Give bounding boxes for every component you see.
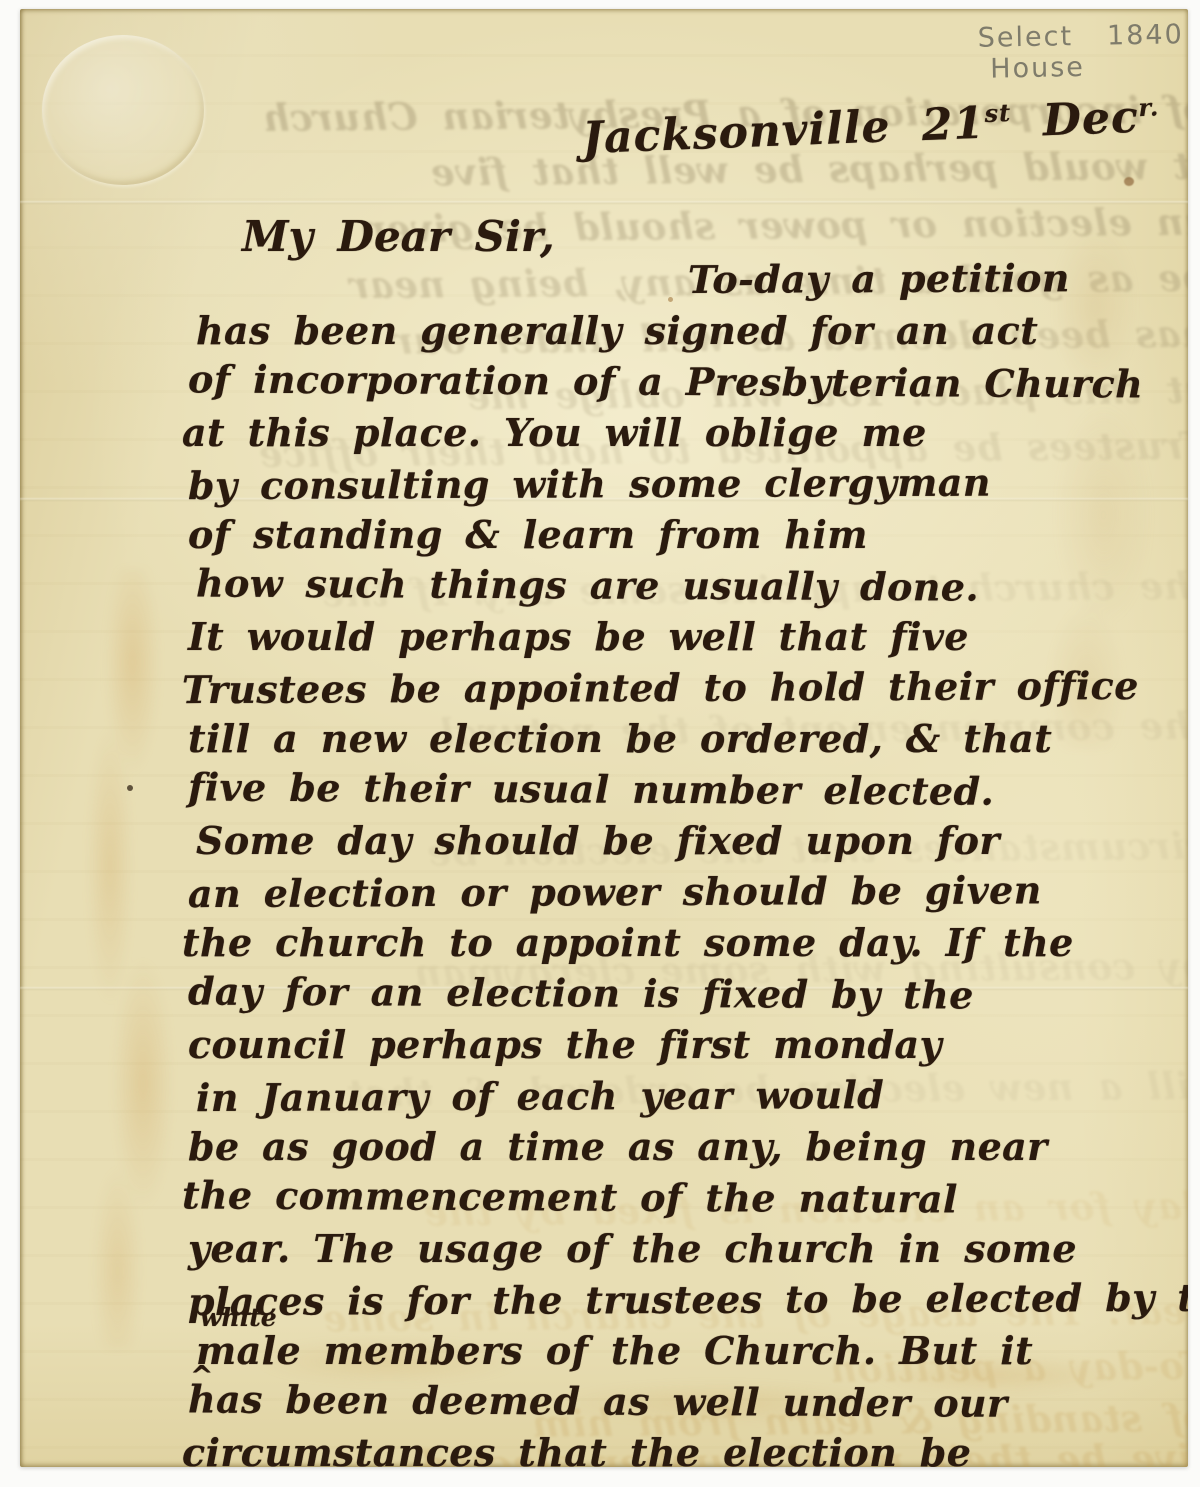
dateline: Jacksonville 21st Decr. 1839: [581, 85, 1188, 164]
manuscript-line: the church to appoint some day. If the: [182, 920, 1168, 971]
pencil-annotation-line2: House: [990, 50, 1185, 84]
manuscript-line: in January of each year would: [196, 1071, 1168, 1126]
letter-page: of incorporation of a Presbyterian Churc…: [20, 9, 1188, 1467]
manuscript-line: has been generally signed for an act: [196, 308, 1168, 359]
manuscript-line: how such things are usually done.: [196, 560, 1168, 616]
manuscript-line: Trustees be appointed to hold their offi…: [182, 663, 1168, 718]
embossed-seal: [42, 35, 204, 185]
ink-speck: [1124, 177, 1134, 186]
manuscript-line: It would perhaps be well that five: [188, 614, 1168, 665]
manuscript-line: Some day should be fixed upon for: [196, 818, 1168, 869]
manuscript-line: To-day a petition: [188, 255, 1168, 310]
manuscript-line: of incorporation of a Presbyterian Churc…: [188, 356, 1168, 412]
manuscript-line: at this place. You will oblige me: [182, 410, 1168, 461]
stain-left: [50, 569, 200, 1349]
salutation: My Dear Sir,: [242, 212, 555, 261]
pencil-word-select: Select: [977, 21, 1073, 54]
manuscript-line: day for an election is fixed by the: [188, 968, 1168, 1024]
letter-body: To-day a petitionhas been generally sign…: [188, 257, 1168, 1467]
ink-speck: [127, 785, 133, 791]
dateline-day-suffix: st: [984, 98, 1012, 128]
pencil-annotation: Select1840 House: [977, 19, 1184, 85]
dateline-day: 21: [921, 98, 986, 151]
manuscript-line: council perhaps the first monday: [188, 1022, 1168, 1073]
bleedthrough-text: an election or power should be given: [20, 200, 1188, 255]
manuscript-line: till a new election be ordered, & that: [188, 716, 1168, 767]
manuscript-line: male members of the Church. But itwhite^: [196, 1328, 1168, 1379]
manuscript-line: by consulting with some clergyman: [188, 459, 1168, 514]
manuscript-line: circumstances that the election be: [182, 1430, 1168, 1467]
manuscript-line: of standing & learn from him: [188, 512, 1168, 563]
manuscript-line: the commencement of the natural: [182, 1172, 1168, 1228]
manuscript-line: year. The usage of the church in some: [188, 1226, 1168, 1277]
manuscript-line: five be their usual number elected.: [188, 764, 1168, 820]
inserted-word: white: [200, 1305, 277, 1330]
manuscript-line: has been deemed as well under our: [188, 1376, 1168, 1432]
scan-background: of incorporation of a Presbyterian Churc…: [0, 0, 1200, 1487]
fold-crease: [20, 201, 1188, 204]
dateline-place: Jacksonville: [581, 101, 891, 164]
pencil-year: 1840: [1107, 19, 1184, 51]
manuscript-line: an election or power should be given: [188, 867, 1168, 922]
pencil-annotation-line1: Select1840: [977, 19, 1184, 54]
manuscript-line: be as good a time as any, being near: [188, 1124, 1168, 1175]
manuscript-line: places is for the trustees to be elected…: [188, 1275, 1168, 1330]
dateline-month-suffix: r.: [1138, 92, 1160, 122]
dateline-month: Dec: [1042, 92, 1140, 147]
